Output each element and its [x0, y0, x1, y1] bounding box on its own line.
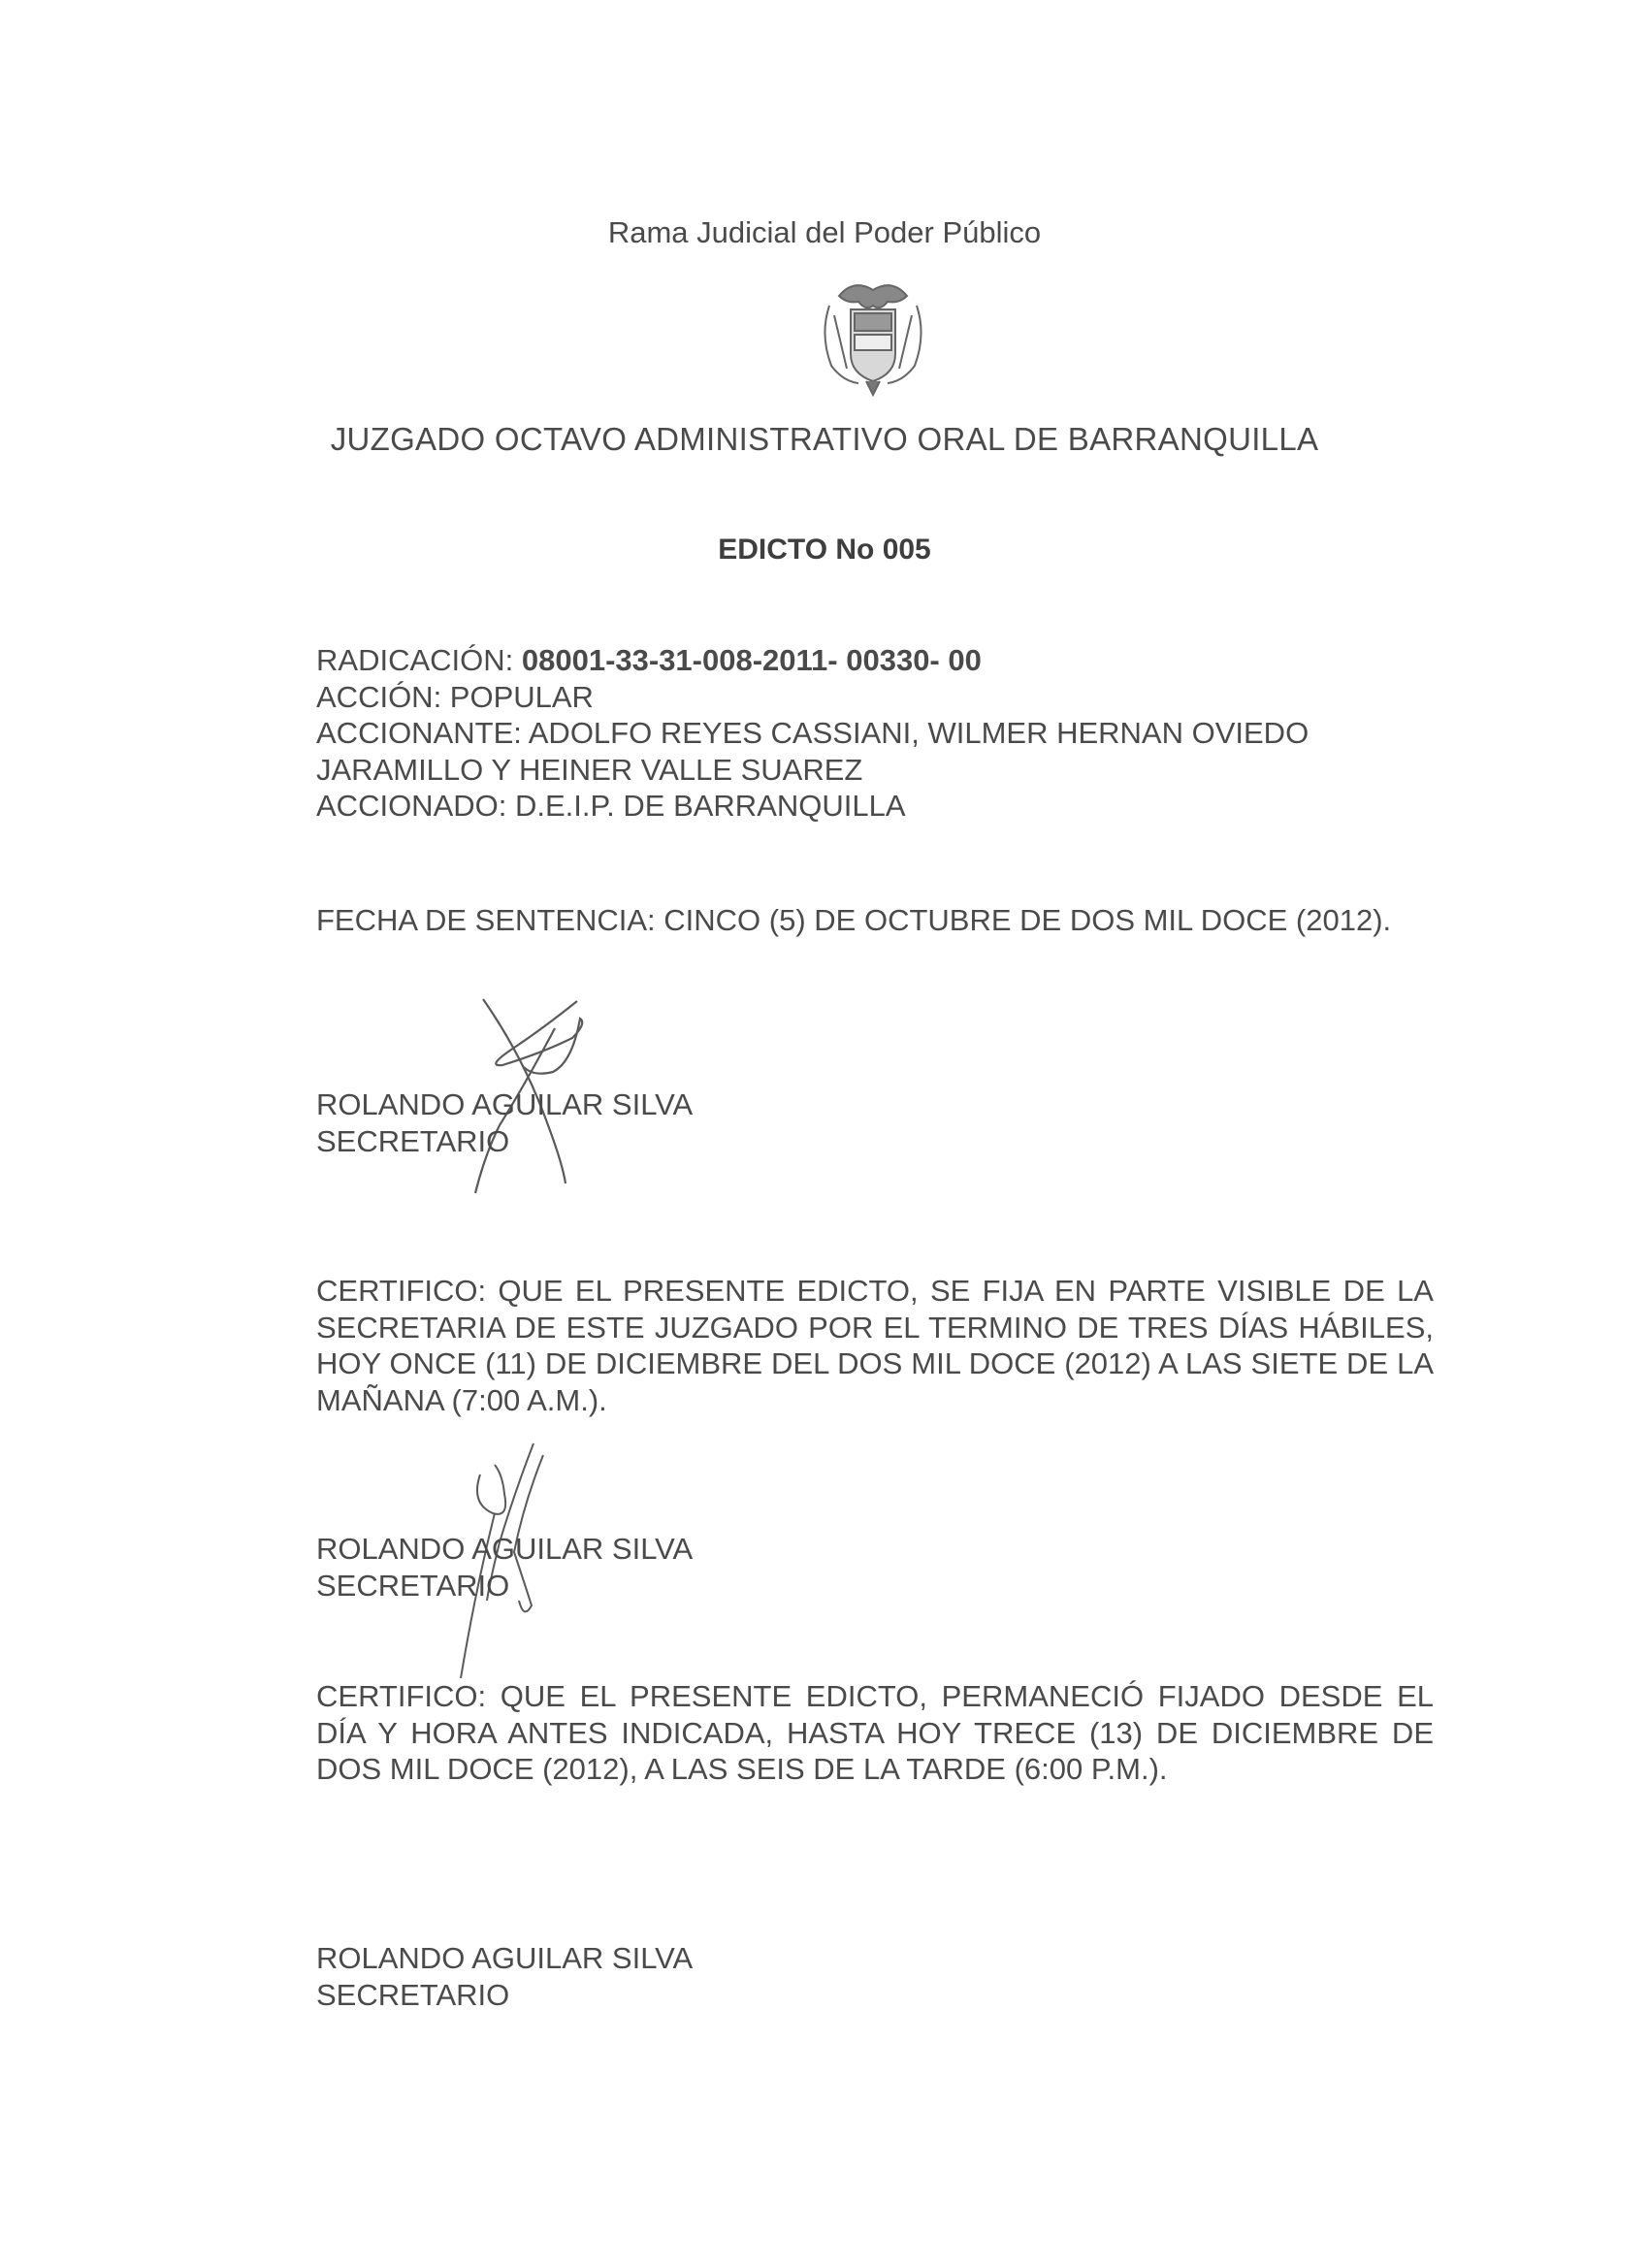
signature-block-2: ROLANDO AGUILAR SILVA SECRETARIO [316, 1531, 1434, 1604]
accion-line: ACCIÓN: POPULAR [316, 679, 1434, 716]
radicacion-label: RADICACIÓN: [316, 643, 522, 677]
accionante-line-2: JARAMILLO Y HEINER VALLE SUAREZ [316, 752, 1434, 789]
radicacion-line: RADICACIÓN: 08001-33-31-008-2011- 00330-… [316, 642, 1434, 679]
certificate-posting: CERTIFICO: QUE EL PRESENTE EDICTO, SE FI… [316, 1273, 1434, 1418]
signatory-name: ROLANDO AGUILAR SILVA [316, 1086, 1434, 1123]
signatory-role: SECRETARIO [316, 1123, 1434, 1160]
accionado-line: ACCIONADO: D.E.I.P. DE BARRANQUILLA [316, 788, 1434, 825]
court-heading: JUZGADO OCTAVO ADMINISTRATIVO ORAL DE BA… [0, 421, 1649, 458]
signature-block-3: ROLANDO AGUILAR SILVA SECRETARIO [316, 1940, 1434, 2013]
case-details: RADICACIÓN: 08001-33-31-008-2011- 00330-… [316, 642, 1434, 825]
radicacion-number: 08001-33-31-008-2011- 00330- 00 [522, 643, 982, 677]
signature-block-1: ROLANDO AGUILAR SILVA SECRETARIO [316, 1086, 1434, 1159]
coat-of-arms-icon [810, 276, 936, 398]
branch-heading: Rama Judicial del Poder Público [0, 215, 1649, 250]
accionante-line-1: ACCIONANTE: ADOLFO REYES CASSIANI, WILME… [316, 715, 1434, 752]
signatory-name: ROLANDO AGUILAR SILVA [316, 1531, 1434, 1568]
signatory-name: ROLANDO AGUILAR SILVA [316, 1940, 1434, 1977]
certificate-removal: CERTIFICO: QUE EL PRESENTE EDICTO, PERMA… [316, 1678, 1434, 1788]
signatory-role: SECRETARIO [316, 1977, 1434, 2014]
document-title: EDICTO No 005 [0, 534, 1649, 567]
sentence-date: FECHA DE SENTENCIA: CINCO (5) DE OCTUBRE… [316, 902, 1434, 939]
signatory-role: SECRETARIO [316, 1568, 1434, 1604]
